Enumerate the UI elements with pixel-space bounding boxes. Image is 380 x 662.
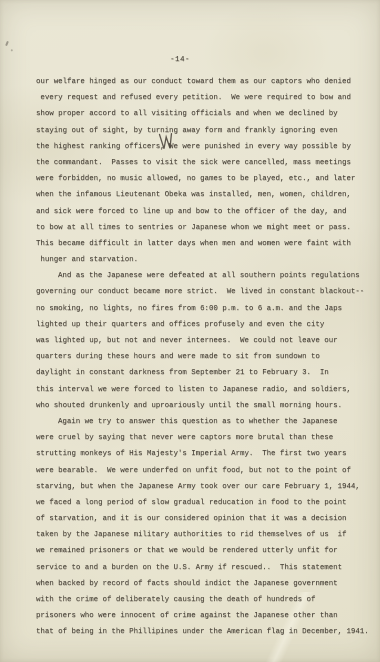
text-line: daylight in constant darkness from Septe… (36, 365, 374, 381)
text-line: with the crime of deliberately causing t… (36, 592, 374, 608)
text-line: were cruel by saying that never were cap… (36, 430, 374, 446)
paragraph-blackout: And as the Japanese were defeated at all… (36, 268, 374, 414)
paragraph-cruelty: Again we try to answer this question as … (36, 414, 374, 641)
text-line: lighted up their quarters and offices pr… (36, 317, 374, 333)
text-line: quarters during these hours and were mad… (36, 349, 374, 365)
text-line: were bearable. We were underfed on unfit… (36, 463, 374, 479)
handwritten-w-mark (158, 132, 173, 152)
text-line: who shouted drunkenly and uproariously u… (36, 398, 374, 414)
paragraph-welfare: our welfare hinged as our conduct toward… (36, 74, 374, 268)
text-line: when backed by record of facts should in… (36, 576, 374, 592)
text-line: staying out of sight, by turning away fo… (36, 123, 374, 139)
text-line: hunger and starvation. (36, 252, 374, 268)
text-line: every request and refused every petition… (36, 90, 374, 106)
text-line: no smoking, no lights, no fires from 6:0… (36, 301, 374, 317)
text-line: of starvation, and it is our considered … (36, 511, 374, 527)
text-line: this interval we were forced to listen t… (36, 382, 374, 398)
text-line: prisoners who were innocent of crime aga… (36, 608, 374, 624)
text-line: was lighted up, but not and never intern… (36, 333, 374, 349)
text-line: And as the Japanese were defeated at all… (36, 268, 374, 284)
text-line: and sick were forced to line up and bow … (36, 204, 374, 220)
text-line: strutting monkeys of His Majesty's Imper… (36, 446, 374, 462)
text-line: we faced a long period of slow gradual r… (36, 495, 374, 511)
text-line: taken by the Japanese military authoriti… (36, 527, 374, 543)
text-line: when the infamous Lieutenant Obeka was i… (36, 187, 374, 203)
stray-pen-mark (5, 41, 9, 46)
text-line: that of being in the Phillipines under t… (36, 624, 374, 640)
page-number: -14- (0, 56, 360, 64)
text-line: to bow at all times to sentries or Japan… (36, 220, 374, 236)
text-line: show proper accord to all visiting offic… (36, 106, 374, 122)
text-line: the highest ranking officers, We were pu… (36, 139, 374, 155)
text-line: service to and a burden on the U.S. Army… (36, 560, 374, 576)
text-line: were forbidden, no music allowed, no gam… (36, 171, 374, 187)
text-line: we remained prisoners or that we would b… (36, 543, 374, 559)
text-line: This became difficult in latter days whe… (36, 236, 374, 252)
text-line: Again we try to answer this question as … (36, 414, 374, 430)
text-line: the commandant. Passes to visit the sick… (36, 155, 374, 171)
document-page: -14- our welfare hinged as our conduct t… (0, 0, 380, 662)
typewritten-text: our welfare hinged as our conduct toward… (36, 74, 374, 641)
text-line: our welfare hinged as our conduct toward… (36, 74, 374, 90)
text-line: governing our conduct became more strict… (36, 284, 374, 300)
text-line: starving, but when the Japanese Army too… (36, 479, 374, 495)
